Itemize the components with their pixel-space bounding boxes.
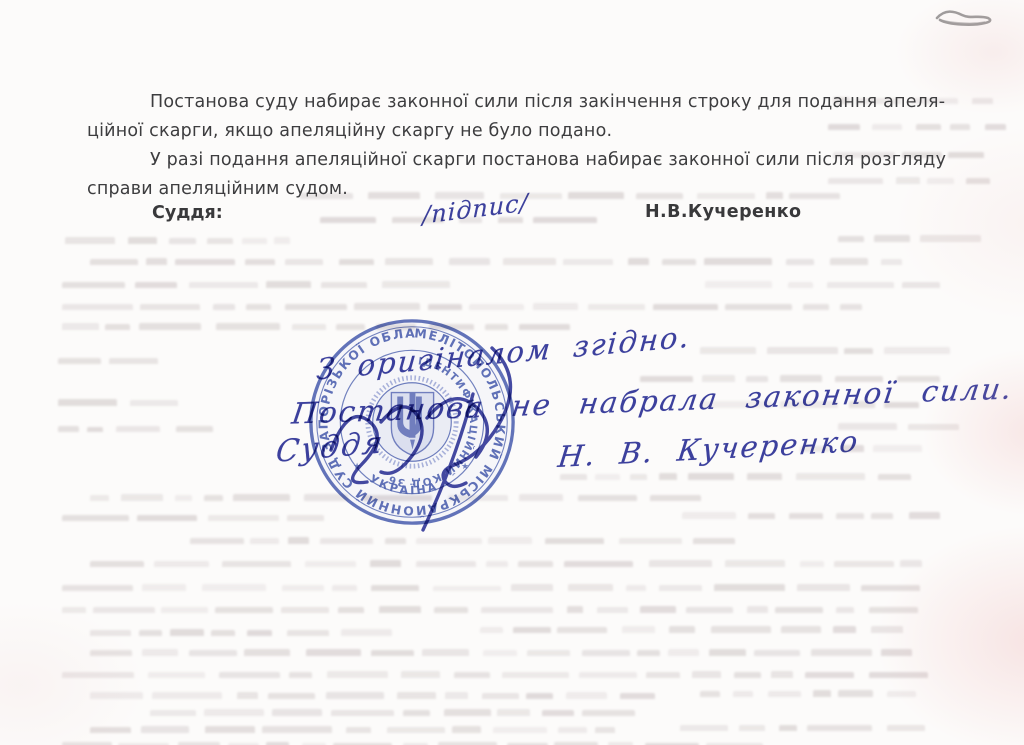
bleed-through-line xyxy=(838,230,986,242)
bleed-through-line xyxy=(705,276,940,288)
bleed-through-line xyxy=(90,721,615,733)
bleed-through-line xyxy=(700,685,922,697)
bleed-through-line xyxy=(62,509,324,521)
printed-line: Постанова суду набирає законної сили піс… xyxy=(87,88,923,117)
bleed-through-line xyxy=(90,253,902,265)
bleed-through-line xyxy=(90,555,922,567)
bleed-through-line xyxy=(90,644,935,656)
judge-signature-flourish xyxy=(295,300,715,550)
judge-name: Н.В.Кучеренко xyxy=(645,202,801,222)
printed-line: ційної скарги, якщо апеляційну скаргу не… xyxy=(87,117,923,146)
bleed-through-line xyxy=(58,420,213,432)
scanned-court-document-page: Постанова суду набирає законної сили піс… xyxy=(0,0,1024,745)
bleed-through-line xyxy=(62,601,942,613)
bleed-through-line xyxy=(90,687,655,699)
bleed-through-line xyxy=(62,579,934,591)
bleed-through-line xyxy=(62,737,767,745)
pen-scribble-mark xyxy=(925,2,1015,42)
bleed-through-line xyxy=(58,352,158,364)
bleed-through-line xyxy=(58,394,178,406)
judge-label: Суддя: xyxy=(152,203,223,223)
bleed-through-line xyxy=(150,704,635,716)
bleed-through-line xyxy=(62,666,942,678)
bleed-through-line xyxy=(682,507,940,519)
bleed-through-line xyxy=(90,624,392,636)
bleed-through-line xyxy=(65,232,290,244)
printed-line: У разі подання апеляційної скарги постан… xyxy=(87,146,923,175)
printed-text-block: Постанова суду набирає законної сили піс… xyxy=(87,88,923,204)
bleed-through-line xyxy=(62,276,470,288)
bleed-through-line xyxy=(480,621,922,633)
bleed-through-line xyxy=(700,342,950,354)
bleed-through-line xyxy=(680,719,942,731)
